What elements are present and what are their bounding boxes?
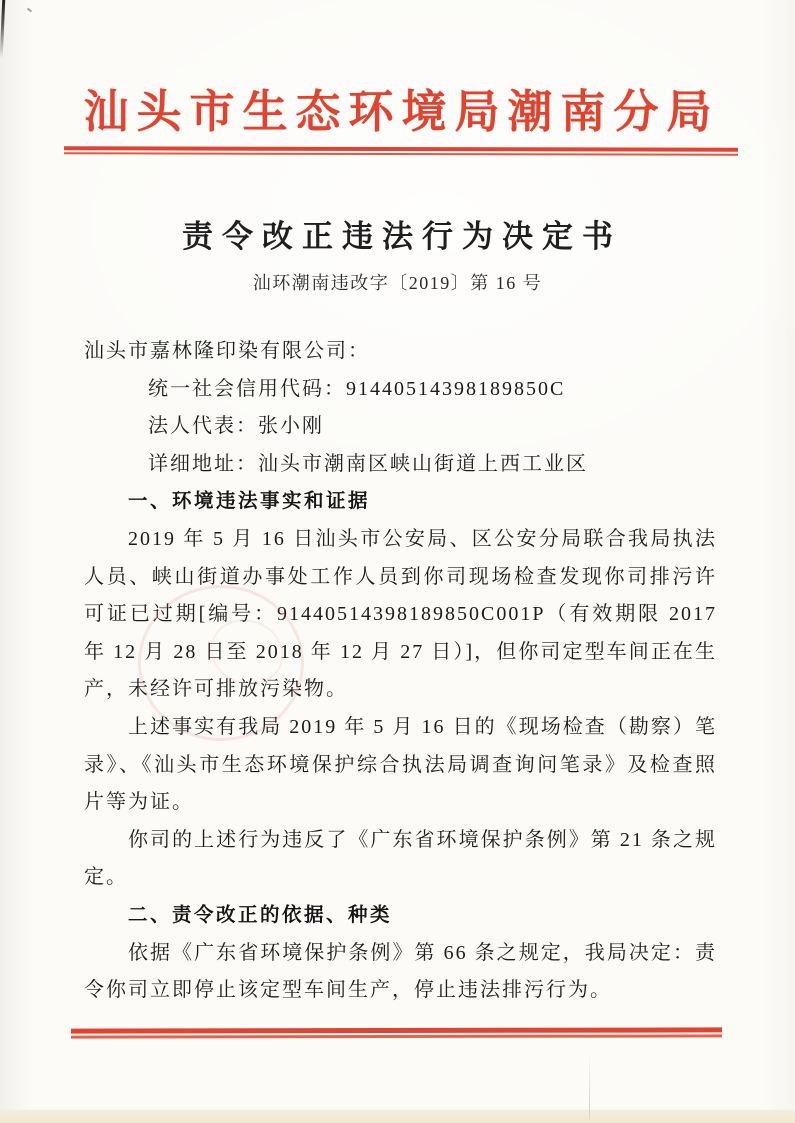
scan-bottom-edge: [0, 1109, 795, 1123]
credit-code-line: 统一社会信用代码：91440514398189850C: [84, 371, 717, 409]
section1-heading: 一、环境违法事实和证据: [84, 483, 717, 521]
section2-heading: 二、责令改正的依据、种类: [84, 897, 717, 935]
document-body: 汕头市嘉林隆印染有限公司： 统一社会信用代码：91440514398189850…: [84, 333, 717, 1010]
document-page: 汕头市生态环境局潮南分局 责令改正违法行为决定书 汕环潮南违改字〔2019〕第 …: [0, 0, 795, 1110]
section1-paragraph-3: 你司的上述行为违反了《广东省环境保护条例》第 21 条之规定。: [84, 822, 717, 897]
address-line: 详细地址：汕头市潮南区峡山街道上西工业区: [84, 446, 717, 484]
document-title: 责令改正违法行为决定书: [0, 214, 795, 260]
footer-rule-thin: [71, 1034, 722, 1038]
agency-letterhead-title: 汕头市生态环境局潮南分局: [0, 82, 795, 142]
scan-speck-artifact: [27, 8, 32, 13]
legal-representative-line: 法人代表：张小刚: [84, 408, 717, 446]
recipient-line: 汕头市嘉林隆印染有限公司：: [84, 333, 717, 371]
letterhead-rule-thin: [64, 152, 738, 155]
scanned-page-background: 汕头市生态环境局潮南分局 责令改正违法行为决定书 汕环潮南违改字〔2019〕第 …: [0, 0, 795, 1123]
section2-paragraph-1: 依据《广东省环境保护条例》第 66 条之规定，我局决定：责令你司立即停止该定型车…: [84, 935, 717, 1010]
footer-double-rule: [71, 1027, 722, 1039]
section1-paragraph-1: 2019 年 5 月 16 日汕头市公安局、区公安分局联合我局执法人员、峡山街道…: [84, 521, 717, 709]
letterhead-double-rule: [64, 146, 738, 157]
document-reference-number: 汕环潮南违改字〔2019〕第 16 号: [0, 269, 795, 297]
section1-paragraph-2: 上述事实有我局 2019 年 5 月 16 日的《现场检查（勘察）笔录》、《汕头…: [84, 709, 717, 822]
scan-edge-artifact: [0, 0, 5, 58]
